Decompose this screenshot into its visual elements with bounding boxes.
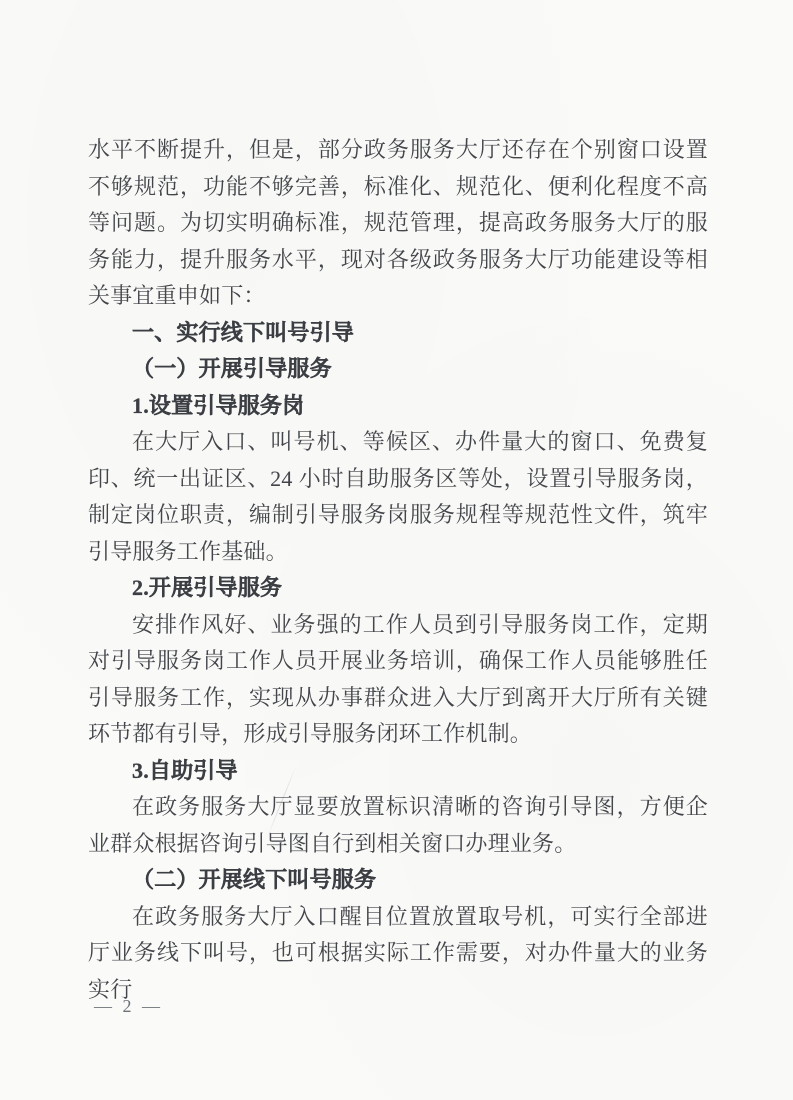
document-page: 水平不断提升，但是，部分政务服务大厅还存在个别窗口设置不够规范，功能不够完善，标… (0, 0, 793, 1100)
paragraph-queue-machine: 在政务服务大厅入口醒目位置放置取号机，可实行全部进厅业务线下叫号，也可根据实际工… (88, 899, 708, 1009)
heading-item-1: 1.设置引导服务岗 (88, 388, 708, 425)
paragraph-guide-service: 安排作风好、业务强的工作人员到引导服务岗工作，定期对引导服务岗工作人员开展业务培… (88, 607, 708, 753)
heading-section-1: 一、实行线下叫号引导 (88, 315, 708, 352)
heading-subsection-1-1: （一）开展引导服务 (88, 351, 708, 388)
heading-item-3: 3.自助引导 (88, 753, 708, 790)
document-body: 水平不断提升，但是，部分政务服务大厅还存在个别窗口设置不够规范，功能不够完善，标… (88, 132, 708, 1008)
paragraph-self-guide: 在政务服务大厅显要放置标识清晰的咨询引导图，方便企业群众根据咨询引导图自行到相关… (88, 789, 708, 862)
heading-item-2: 2.开展引导服务 (88, 570, 708, 607)
paragraph-guide-post-setup: 在大厅入口、叫号机、等候区、办件量大的窗口、免费复印、统一出证区、24 小时自助… (88, 424, 708, 570)
page-number: — 2 — (94, 996, 163, 1017)
heading-subsection-1-2: （二）开展线下叫号服务 (88, 862, 708, 899)
body-paragraph-continuation: 水平不断提升，但是，部分政务服务大厅还存在个别窗口设置不够规范，功能不够完善，标… (88, 132, 708, 315)
